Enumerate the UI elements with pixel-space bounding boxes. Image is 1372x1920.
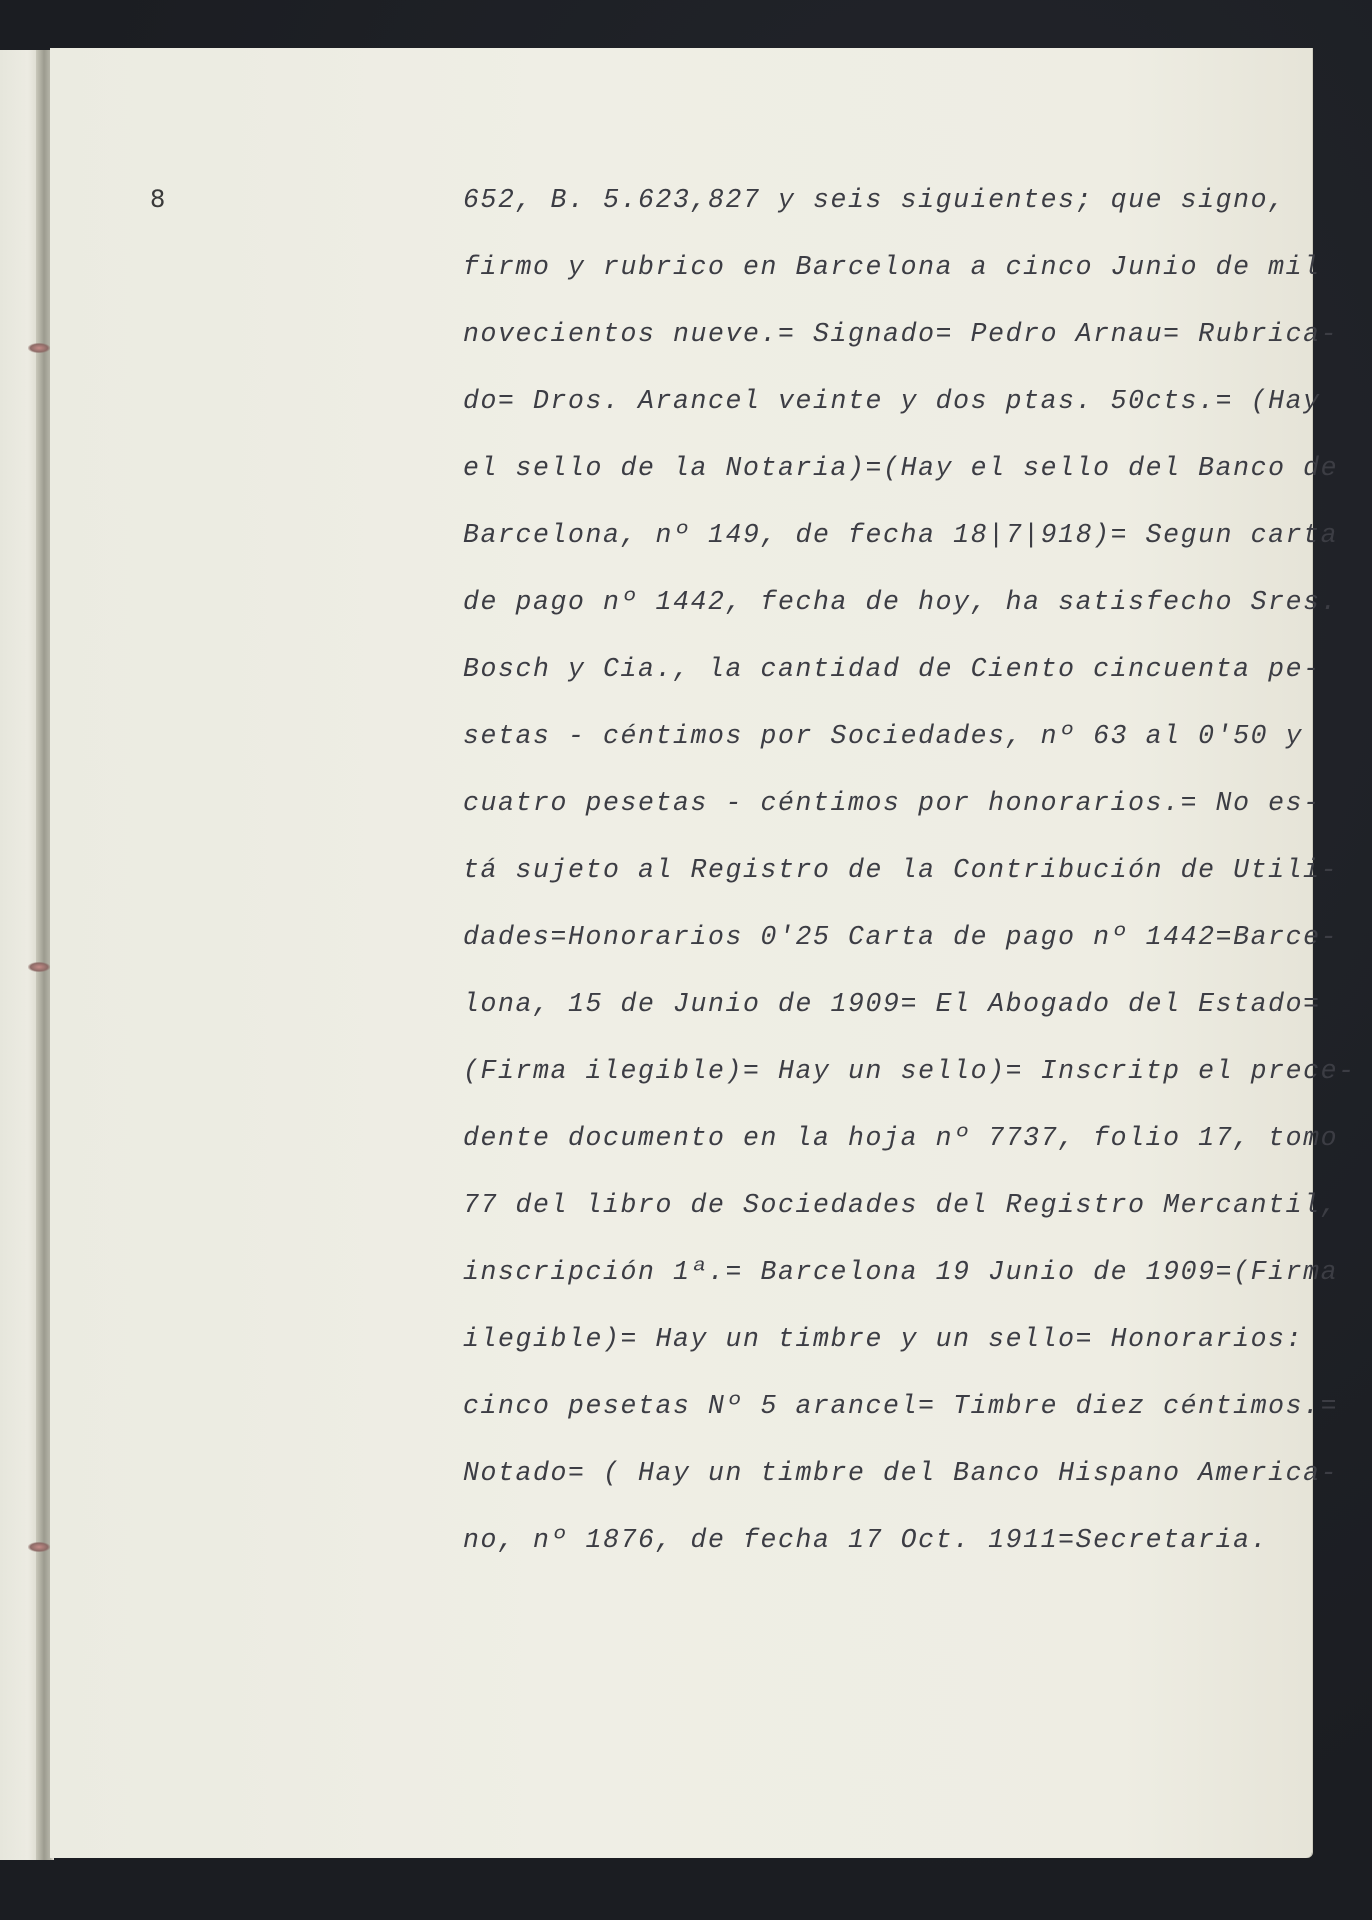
text-line: do= Dros. Arancel veinte y dos ptas. 50c…: [463, 379, 1343, 446]
text-line: 652, B. 5.623,827 y seis siguientes; que…: [463, 178, 1343, 245]
text-line: 77 del libro de Sociedades del Registro …: [463, 1183, 1343, 1250]
page-number: 8: [150, 185, 165, 213]
text-line: firmo y rubrico en Barcelona a cinco Jun…: [463, 245, 1343, 312]
text-line: de pago nº 1442, fecha de hoy, ha satisf…: [463, 580, 1343, 647]
text-line: ilegible)= Hay un timbre y un sello= Hon…: [463, 1317, 1343, 1384]
text-line: novecientos nueve.= Signado= Pedro Arnau…: [463, 312, 1343, 379]
text-line: lona, 15 de Junio de 1909= El Abogado de…: [463, 982, 1343, 1049]
text-line: dades=Honorarios 0'25 Carta de pago nº 1…: [463, 915, 1343, 982]
text-line: inscripción 1ª.= Barcelona 19 Junio de 1…: [463, 1250, 1343, 1317]
text-line: cuatro pesetas - céntimos por honorarios…: [463, 781, 1343, 848]
document-page: 8 652, B. 5.623,827 y seis siguientes; q…: [50, 48, 1312, 1858]
text-line: Barcelona, nº 149, de fecha 18|7|918)= S…: [463, 513, 1343, 580]
text-line: Bosch y Cia., la cantidad de Ciento cinc…: [463, 647, 1343, 714]
text-line: (Firma ilegible)= Hay un sello)= Inscrit…: [463, 1049, 1343, 1116]
text-line: no, nº 1876, de fecha 17 Oct. 1911=Secre…: [463, 1518, 1343, 1585]
facing-page-edge: [0, 50, 40, 1860]
binding-stitch: [28, 962, 50, 972]
binding-stitch: [28, 1542, 50, 1552]
text-line: dente documento en la hoja nº 7737, foli…: [463, 1116, 1343, 1183]
text-line: Notado= ( Hay un timbre del Banco Hispan…: [463, 1451, 1343, 1518]
typewritten-text-block: 652, B. 5.623,827 y seis siguientes; que…: [463, 178, 1343, 1585]
text-line: el sello de la Notaria)=(Hay el sello de…: [463, 446, 1343, 513]
text-line: setas - céntimos por Sociedades, nº 63 a…: [463, 714, 1343, 781]
text-line: cinco pesetas Nº 5 arancel= Timbre diez …: [463, 1384, 1343, 1451]
text-line: tá sujeto al Registro de la Contribución…: [463, 848, 1343, 915]
binding-stitch: [28, 343, 50, 353]
